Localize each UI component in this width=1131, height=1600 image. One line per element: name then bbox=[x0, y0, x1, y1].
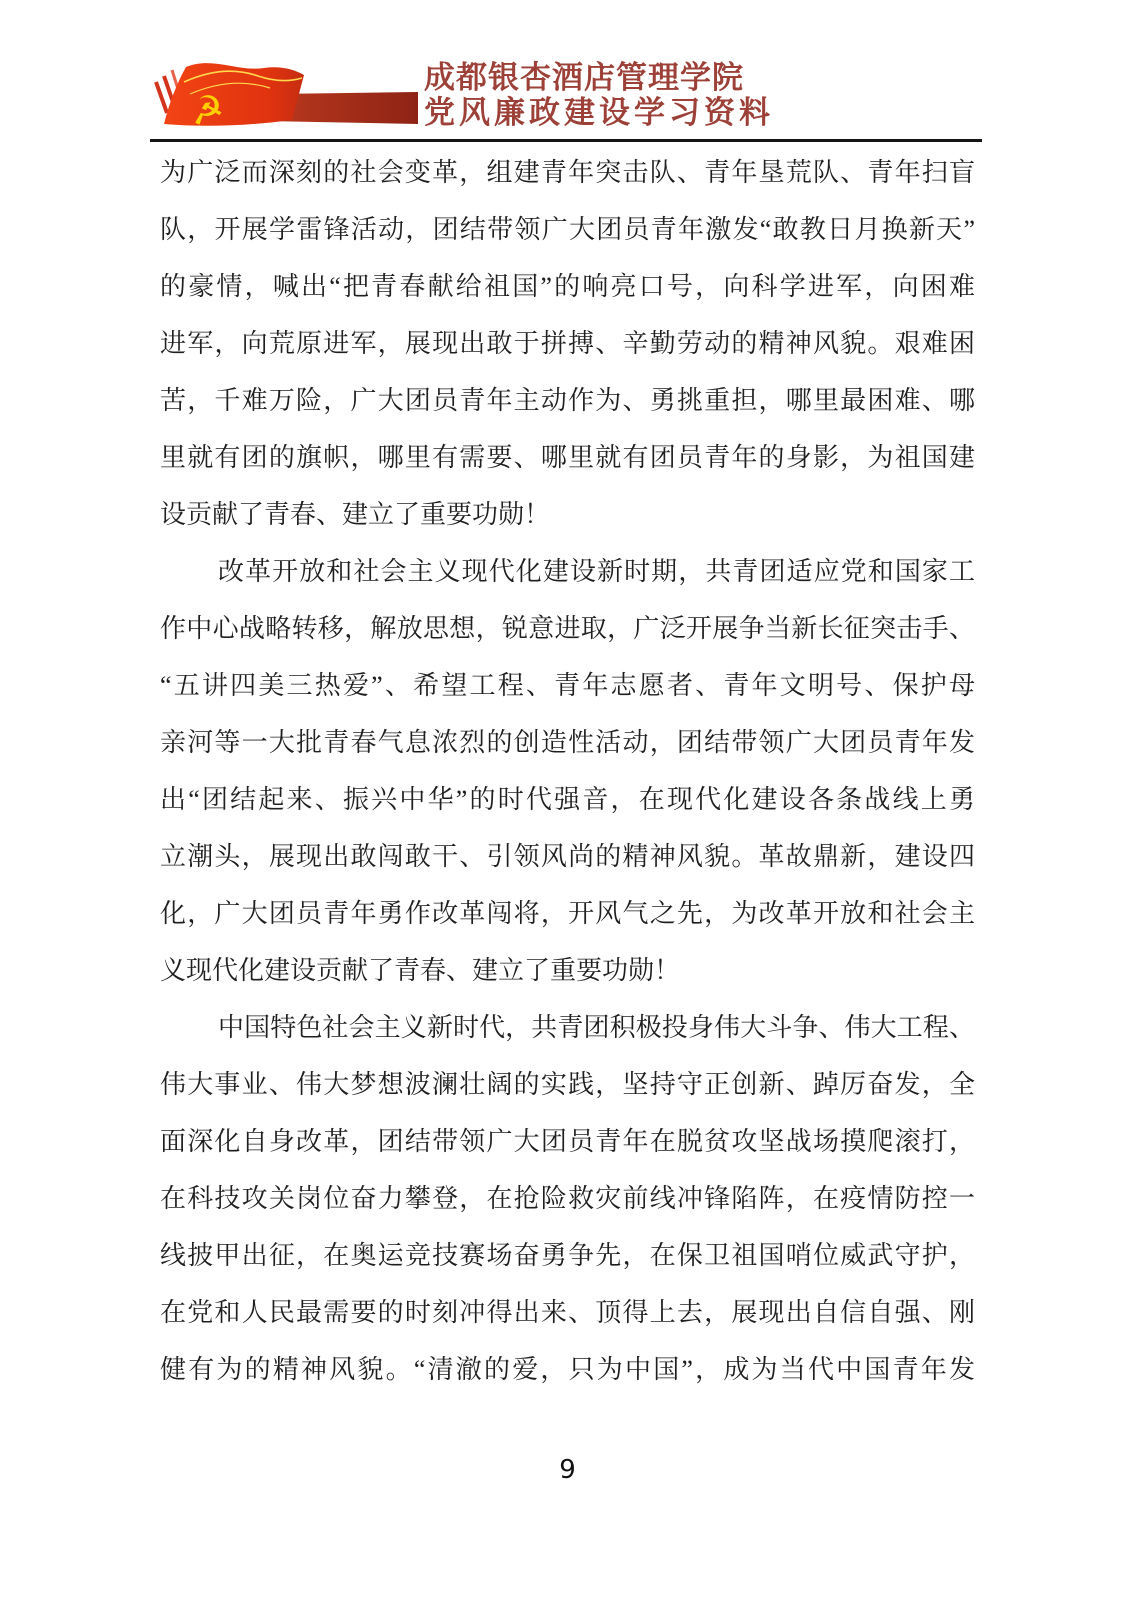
document-page: ☭ 成都银杏酒店管理学院 党风廉政建设学习资料 为广泛而深刻的社会变革，组建青年… bbox=[0, 0, 1131, 1600]
text-line: 为广泛而深刻的社会变革，组建青年突击队、青年垦荒队、青年扫盲 bbox=[160, 144, 975, 201]
paragraph-1: 为广泛而深刻的社会变革，组建青年突击队、青年垦荒队、青年扫盲 队，开展学雷锋活动… bbox=[160, 144, 975, 543]
text-line: 义现代化建设贡献了青春、建立了重要功勋！ bbox=[160, 942, 975, 999]
flag-bright-body bbox=[164, 63, 304, 126]
text-line: 线披甲出征，在奥运竞技赛场奋勇争先，在保卫祖国哨位威武守护， bbox=[160, 1227, 975, 1284]
document-body: 为广泛而深刻的社会变革，组建青年突击队、青年垦荒队、青年扫盲 队，开展学雷锋活动… bbox=[160, 144, 975, 1398]
text-line: 里就有团的旗帜，哪里有需要、哪里就有团员青年的身影，为祖国建 bbox=[160, 429, 975, 486]
text-line: 在党和人民最需要的时刻冲得出来、顶得上去，展现出自信自强、刚 bbox=[160, 1284, 975, 1341]
paragraph-2: 改革开放和社会主义现代化建设新时期，共青团适应党和国家工 作中心战略转移，解放思… bbox=[160, 543, 975, 999]
paragraph-3: 中国特色社会主义新时代，共青团积极投身伟大斗争、伟大工程、 伟大事业、伟大梦想波… bbox=[160, 999, 975, 1398]
page-number: 9 bbox=[160, 1455, 975, 1485]
text-line: 伟大事业、伟大梦想波澜壮阔的实践，坚持守正创新、踔厉奋发，全 bbox=[160, 1056, 975, 1113]
text-line: 在科技攻关岗位奋力攀登，在抢险救灾前线冲锋陷阵，在疫情防控一 bbox=[160, 1170, 975, 1227]
text-line: 亲河等一大批青春气息浓烈的创造性活动，团结带领广大团员青年发 bbox=[160, 714, 975, 771]
text-line: 改革开放和社会主义现代化建设新时期，共青团适应党和国家工 bbox=[160, 543, 975, 600]
text-line: 立潮头，展现出敢闯敢干、引领风尚的精神风貌。革故鼎新，建设四 bbox=[160, 828, 975, 885]
text-line: 苦，千难万险，广大团员青年主动作为、勇挑重担，哪里最困难、哪 bbox=[160, 372, 975, 429]
text-line: 中国特色社会主义新时代，共青团积极投身伟大斗争、伟大工程、 bbox=[160, 999, 975, 1056]
text-line: 作中心战略转移，解放思想，锐意进取，广泛开展争当新长征突击手、 bbox=[160, 600, 975, 657]
page-header: ☭ 成都银杏酒店管理学院 党风廉政建设学习资料 bbox=[152, 56, 984, 136]
text-line: 面深化自身改革，团结带领广大团员青年在脱贫攻坚战场摸爬滚打， bbox=[160, 1113, 975, 1170]
party-flag-logo: ☭ bbox=[152, 58, 420, 132]
text-line: 设贡献了青春、建立了重要功勋！ bbox=[160, 486, 975, 543]
text-line: 的豪情，喊出“把青春献给祖国”的响亮口号，向科学进军，向困难 bbox=[160, 258, 975, 315]
text-line: 健有为的精神风貌。“清澈的爱，只为中国”，成为当代中国青年发 bbox=[160, 1341, 975, 1398]
header-divider bbox=[150, 139, 982, 142]
header-doc-title: 党风廉政建设学习资料 bbox=[424, 95, 984, 130]
party-flag-graphic: ☭ bbox=[152, 58, 420, 132]
text-line: 出“团结起来、振兴中华”的时代强音，在现代化建设各条战线上勇 bbox=[160, 771, 975, 828]
header-org-name: 成都银杏酒店管理学院 bbox=[424, 60, 984, 95]
text-line: 进军，向荒原进军，展现出敢于拼搏、辛勤劳动的精神风貌。艰难困 bbox=[160, 315, 975, 372]
text-line: “五讲四美三热爱”、希望工程、青年志愿者、青年文明号、保护母 bbox=[160, 657, 975, 714]
header-titles: 成都银杏酒店管理学院 党风廉政建设学习资料 bbox=[424, 60, 984, 130]
text-line: 队，开展学雷锋活动，团结带领广大团员青年激发“敢教日月换新天” bbox=[160, 201, 975, 258]
text-line: 化，广大团员青年勇作改革闯将，开风气之先，为改革开放和社会主 bbox=[160, 885, 975, 942]
